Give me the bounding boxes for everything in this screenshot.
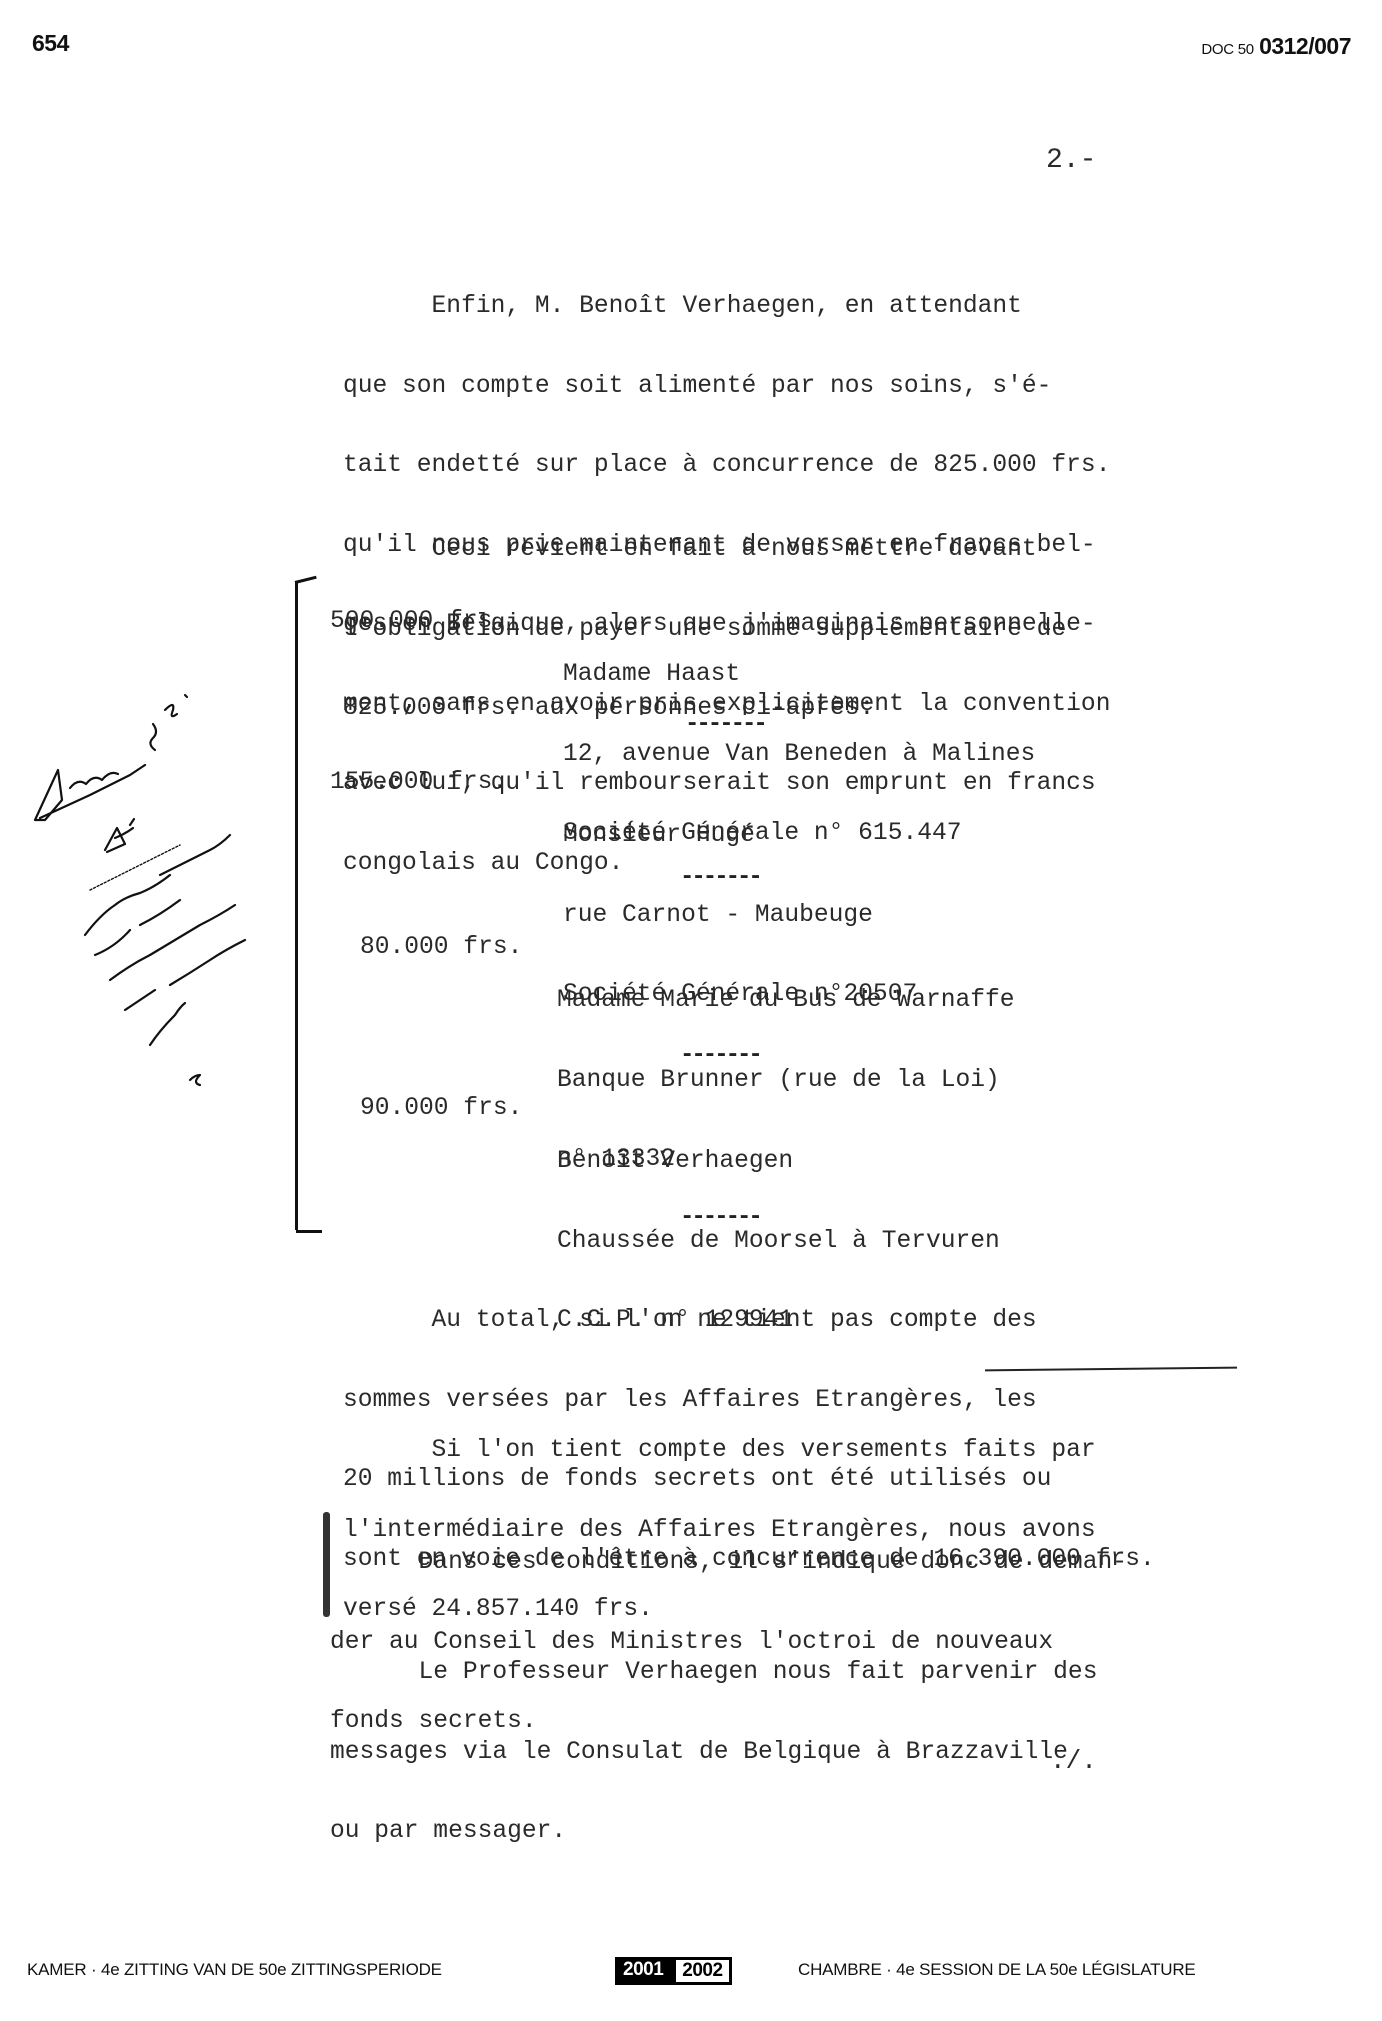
- recipient-address: rue Carnot - Maubeuge: [563, 903, 917, 930]
- separator: -------: [680, 864, 760, 891]
- text-line: Enfin, M. Benoît Verhaegen, en attendant: [343, 294, 1110, 321]
- handwritten-annotation: [30, 670, 320, 1090]
- text-line: messages via le Consulat de Belgique à B…: [330, 1740, 1097, 1767]
- recipient-name: Madame Haast: [563, 662, 1035, 689]
- payment-amount: 500.000 frs.: [330, 609, 507, 636]
- payment-amount: 155.000 frs.: [330, 770, 507, 797]
- paragraph-6: Le Professeur Verhaegen nous fait parven…: [330, 1607, 1097, 1872]
- footer-french: CHAMBRE · 4e SESSION DE LA 50e LÉGISLATU…: [798, 1960, 1196, 1980]
- recipient-address: Banque Brunner (rue de la Loi): [557, 1068, 1015, 1095]
- payment-amount: 90.000 frs.: [360, 1096, 522, 1123]
- recipient-name: Monsieur Hugé: [563, 823, 917, 850]
- session-years: 2001 2002: [615, 1957, 732, 1985]
- text-line: ou par messager.: [330, 1819, 1097, 1846]
- recipient-address: 12, avenue Van Beneden à Malines: [563, 742, 1035, 769]
- year-start: 2001: [617, 1959, 669, 1983]
- text-line: tait endetté sur place à concurrence de …: [343, 453, 1110, 480]
- margin-bracket-top: [295, 576, 317, 584]
- page-number: 654: [32, 30, 69, 57]
- text-line: Au total, si l'on ne tient pas compte de…: [343, 1308, 1155, 1335]
- footer-dutch: KAMER · 4e ZITTING VAN DE 50e ZITTINGSPE…: [27, 1960, 442, 1980]
- recipient-address: Chaussée de Moorsel à Tervuren: [557, 1229, 1000, 1256]
- document-number: 0312/007: [1259, 33, 1351, 59]
- margin-mark: [323, 1512, 330, 1617]
- separator: -------: [680, 1042, 760, 1069]
- text-line: Le Professeur Verhaegen nous fait parven…: [330, 1660, 1097, 1687]
- text-line: Si l'on tient compte des versements fait…: [343, 1438, 1096, 1465]
- margin-bracket-bottom: [296, 1230, 322, 1233]
- continuation-mark: ./.: [1050, 1748, 1097, 1775]
- document-prefix: DOC 50: [1201, 41, 1253, 58]
- recipient-name: Madame Marie du Bus de Warnaffe: [557, 988, 1015, 1015]
- text-line: que son compte soit alimenté par nos soi…: [343, 374, 1110, 401]
- separator: -------: [680, 1204, 760, 1231]
- separator: -------: [685, 711, 765, 738]
- year-end: 2002: [675, 1959, 729, 1983]
- text-line: Dans ces conditions, il s'indique donc d…: [330, 1550, 1127, 1577]
- letter-page-marker: 2.-: [1046, 148, 1096, 175]
- text-line: Ceci revient en fait à nous mettre devan…: [343, 537, 1066, 564]
- recipient-name: Benoît Verhaegen: [557, 1149, 1000, 1176]
- payment-amount: 80.000 frs.: [360, 935, 522, 962]
- document-reference: DOC 50 0312/007: [1201, 33, 1351, 60]
